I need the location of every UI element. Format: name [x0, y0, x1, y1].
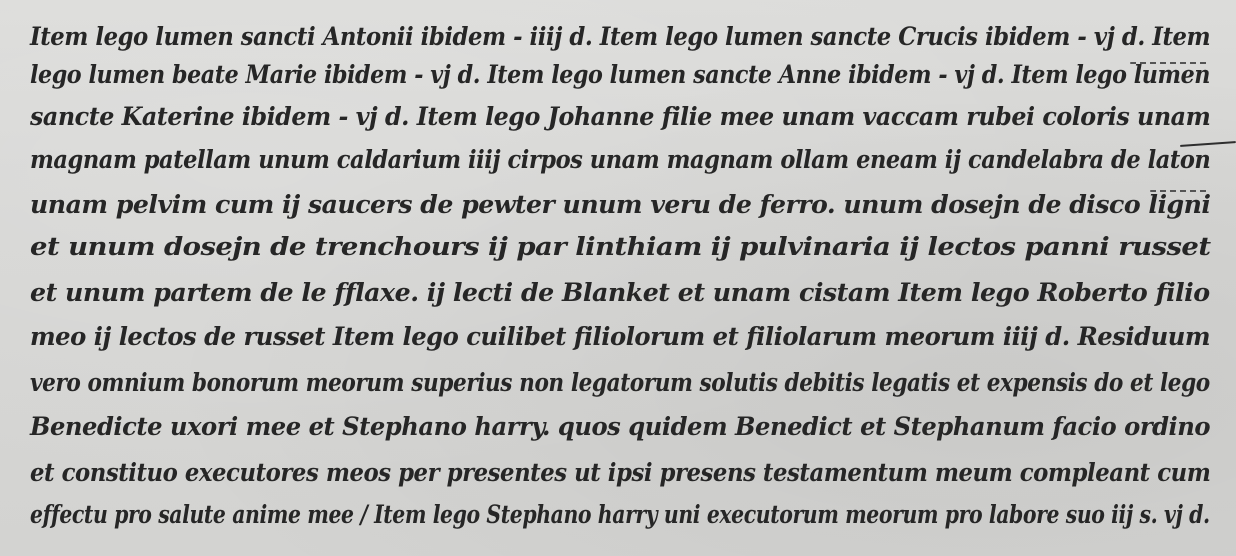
- line-filler-stroke: [1150, 190, 1210, 192]
- manuscript-line-10: Benedicte uxori mee et Stephano harry. q…: [30, 412, 1210, 441]
- manuscript-line-8: meo ij lectos de russet Item lego cuilib…: [30, 322, 1210, 351]
- manuscript-line-1: Item lego lumen sancti Antonii ibidem - …: [30, 22, 1210, 51]
- manuscript-line-3: sancte Katerine ibidem - vj d. Item lego…: [30, 102, 1210, 131]
- manuscript-line-5: unam pelvim cum ij saucers de pewter unu…: [30, 190, 1210, 219]
- manuscript-line-7: et unum partem de le fflaxe. ij lecti de…: [30, 278, 1210, 307]
- manuscript-line-9: vero omnium bonorum meorum superius non …: [30, 368, 1210, 397]
- manuscript-line-12: effectu pro salute anime mee / Item lego…: [30, 500, 1210, 529]
- manuscript-line-6: et unum dosejn de trenchours ij par lint…: [30, 232, 1211, 261]
- manuscript-line-11: et constituo executores meos per present…: [30, 458, 1210, 487]
- line-filler-stroke: [1130, 62, 1210, 64]
- manuscript-page: Item lego lumen sancti Antonii ibidem - …: [0, 0, 1236, 556]
- manuscript-line-2: lego lumen beate Marie ibidem - vj d. It…: [30, 60, 1210, 89]
- manuscript-line-4: magnam patellam unum caldarium iiij cirp…: [30, 145, 1210, 174]
